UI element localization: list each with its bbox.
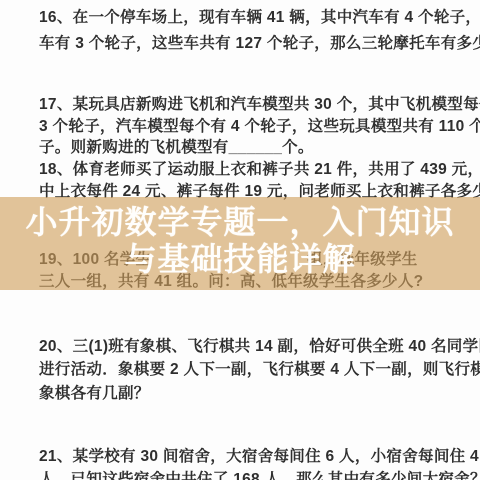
problem-line: 18、体育老师买了运动服上衣和裤子共 21 件，共用了 439 元，其 [39,161,480,178]
problem-line: 3 个轮子，汽车模型每个有 4 个轮子，这些玩具模型共有 110 个轮 [39,118,480,135]
title-banner-overlay [0,197,480,290]
problem-line: 进行活动．象棋要 2 人下一副，飞行棋要 4 人下一副，则飞行棋和 [39,361,480,378]
problem-line: 子。则新购进的飞机模型有______个。 [39,139,314,156]
problem-line: 16、在一个停车场上，现有车辆 41 辆，其中汽车有 4 个轮子，摩托 [39,9,480,26]
problem-line: 17、某玩具店新购进飞机和汽车模型共 30 个，其中飞机模型每个有 [39,96,480,113]
problem-line: 20、三(1)班有象棋、飞行棋共 14 副，恰好可供全班 40 名同学同时 [39,338,480,355]
problem-line: 21、某学校有 30 间宿舍，大宿舍每间住 6 人，小宿舍每间住 4 [39,448,479,465]
problem-line: 象棋各有几副？ [39,385,150,402]
problem-line: 车有 3 个轮子，这些车共有 127 个轮子，那么三轮摩托车有多少辆？ [39,35,480,52]
document-page: 16、在一个停车场上，现有车辆 41 辆，其中汽车有 4 个轮子，摩托车有 3 … [0,0,480,480]
problem-line: 人，已知这些宿舍中共住了 168 人，那么其中有多少间大宿舍？ [39,471,480,480]
